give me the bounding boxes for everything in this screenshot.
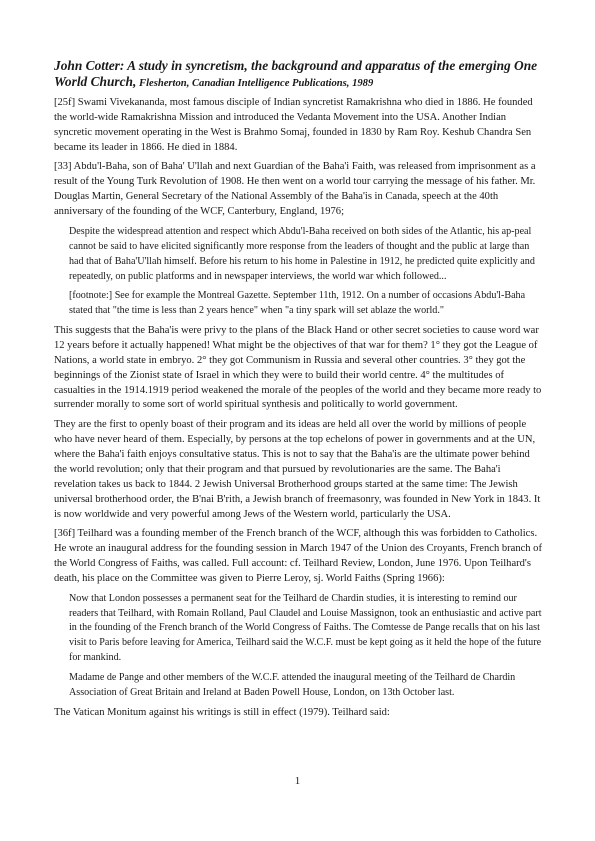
document-body: [25f] Swami Vivekananda, most famous dis… [54, 96, 544, 725]
quote-footnote-montreal-gazette: [footnote:] See for example the Montreal… [69, 289, 544, 319]
citation-publisher: Flesherton, Canadian Intelligence Public… [136, 78, 373, 89]
citation-title: John Cotter: A study in syncretism, the … [54, 58, 544, 91]
paragraph-33-abdul-baha: [33] Abdu'l-Baha, son of Baha' U'llah an… [54, 160, 544, 220]
paragraph-25f-vivekananda: [25f] Swami Vivekananda, most famous dis… [54, 96, 544, 156]
quote-world-faiths-london: Now that London possesses a permanent se… [69, 592, 544, 667]
paragraph-vatican-monitum: The Vatican Monitum against his writings… [54, 706, 544, 721]
paragraph-bahai-program: They are the first to openly boast of th… [54, 418, 544, 522]
quote-madame-de-pange: Madame de Pange and other members of the… [69, 671, 544, 701]
page-number: 1 [0, 775, 595, 787]
paragraph-bahai-privy: This suggests that the Baha'is were priv… [54, 324, 544, 413]
quote-martin-speech: Despite the widespread attention and res… [69, 225, 544, 285]
paragraph-36f-teilhard: [36f] Teilhard was a founding member of … [54, 527, 544, 587]
